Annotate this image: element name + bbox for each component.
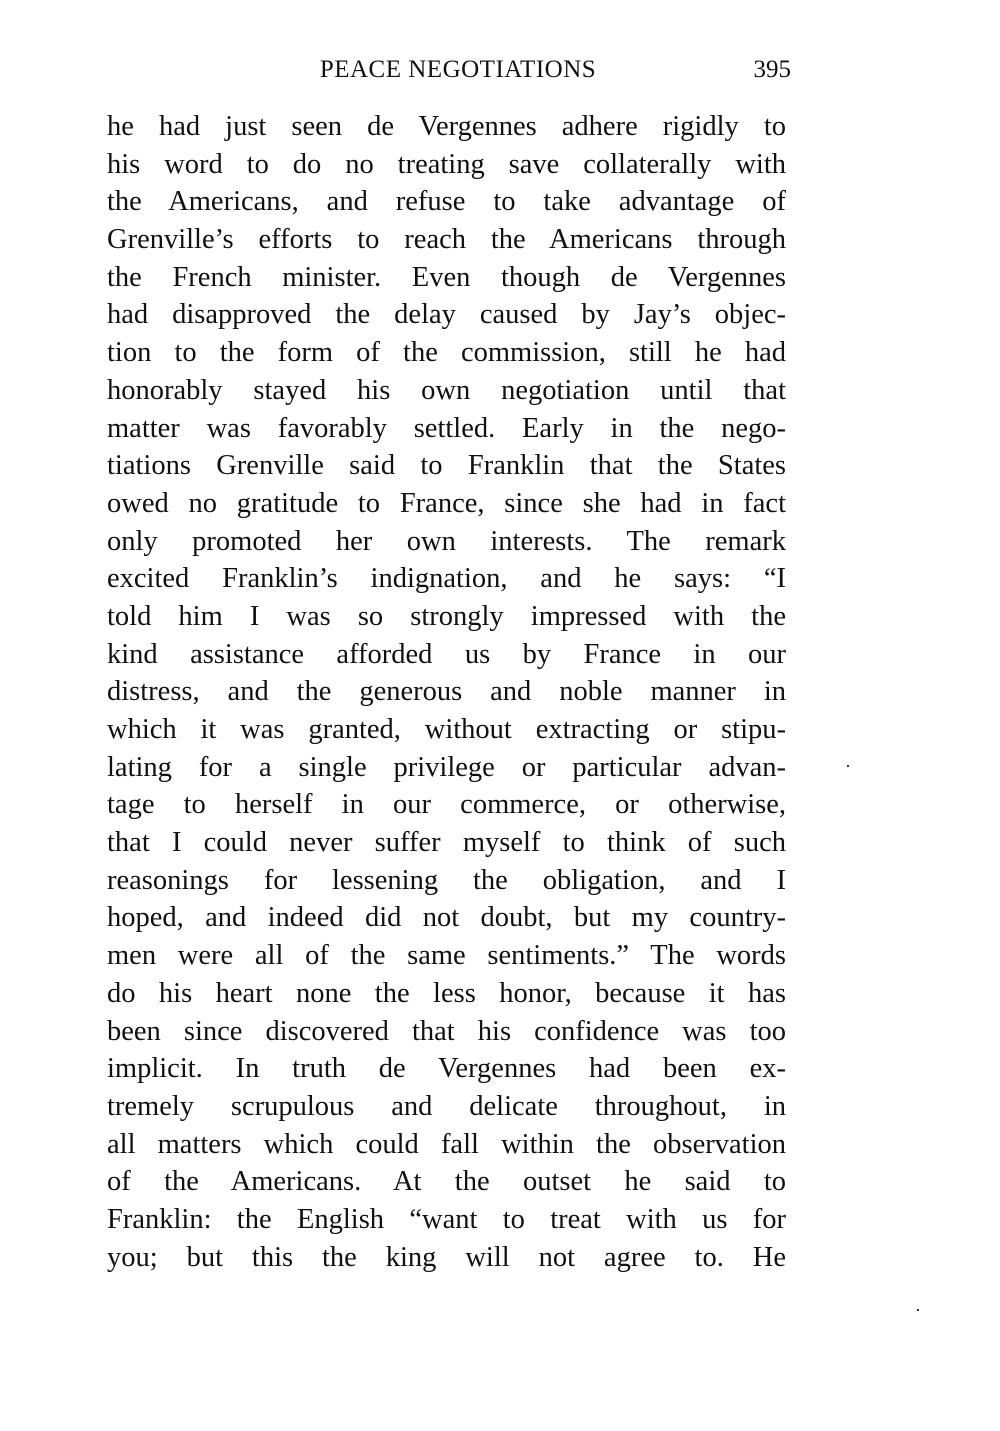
text-line: Grenville’s efforts to reach the America… bbox=[107, 221, 786, 259]
text-line: tage to herself in our commerce, or othe… bbox=[107, 786, 786, 824]
text-line: tion to the form of the commission, stil… bbox=[107, 334, 786, 372]
page-number: 395 bbox=[754, 56, 792, 84]
text-line: Franklin: the English “want to treat wit… bbox=[107, 1201, 786, 1239]
text-line: tiations Grenville said to Franklin that… bbox=[107, 447, 786, 485]
book-page: PEACE NEGOTIATIONS 395 he had just seen … bbox=[0, 0, 1000, 1431]
text-line: honorably stayed his own negotiation unt… bbox=[107, 372, 786, 410]
text-line: of the Americans. At the outset he said … bbox=[107, 1163, 786, 1201]
text-line: you; but this the king will not agree to… bbox=[107, 1239, 786, 1277]
text-line: tremely scrupulous and delicate througho… bbox=[107, 1088, 786, 1126]
text-line: that I could never suffer myself to thin… bbox=[107, 824, 786, 862]
text-line: only promoted her own interests. The rem… bbox=[107, 523, 786, 561]
text-line: which it was granted, without extracting… bbox=[107, 711, 786, 749]
text-line: matter was favorably settled. Early in t… bbox=[107, 410, 786, 448]
text-line: hoped, and indeed did not doubt, but my … bbox=[107, 899, 786, 937]
text-line: reasonings for lessening the obligation,… bbox=[107, 862, 786, 900]
text-line: been since discovered that his confidenc… bbox=[107, 1013, 786, 1051]
text-line: men were all of the same sentiments.” Th… bbox=[107, 937, 786, 975]
text-line: his word to do no treating save collater… bbox=[107, 146, 786, 184]
running-title: PEACE NEGOTIATIONS bbox=[107, 56, 787, 84]
text-line: told him I was so strongly impressed wit… bbox=[107, 598, 786, 636]
text-line: the French minister. Even though de Verg… bbox=[107, 259, 786, 297]
text-line: distress, and the generous and noble man… bbox=[107, 673, 786, 711]
text-line: the Americans, and refuse to take advant… bbox=[107, 183, 786, 221]
text-line: lating for a single privilege or particu… bbox=[107, 749, 786, 787]
body-text: he had just seen de Vergennes adhere rig… bbox=[107, 108, 786, 1276]
text-line: owed no gratitude to France, since she h… bbox=[107, 485, 786, 523]
text-line: he had just seen de Vergennes adhere rig… bbox=[107, 108, 786, 146]
text-line: implicit. In truth de Vergennes had been… bbox=[107, 1050, 786, 1088]
text-line: all matters which could fall within the … bbox=[107, 1126, 786, 1164]
scan-speck bbox=[917, 1309, 919, 1311]
text-line: had disapproved the delay caused by Jay’… bbox=[107, 296, 786, 334]
running-head: PEACE NEGOTIATIONS 395 bbox=[107, 52, 787, 88]
text-line: excited Franklin’s indignation, and he s… bbox=[107, 560, 786, 598]
scan-speck bbox=[847, 765, 849, 767]
text-line: kind assistance afforded us by France in… bbox=[107, 636, 786, 674]
text-line: do his heart none the less honor, becaus… bbox=[107, 975, 786, 1013]
